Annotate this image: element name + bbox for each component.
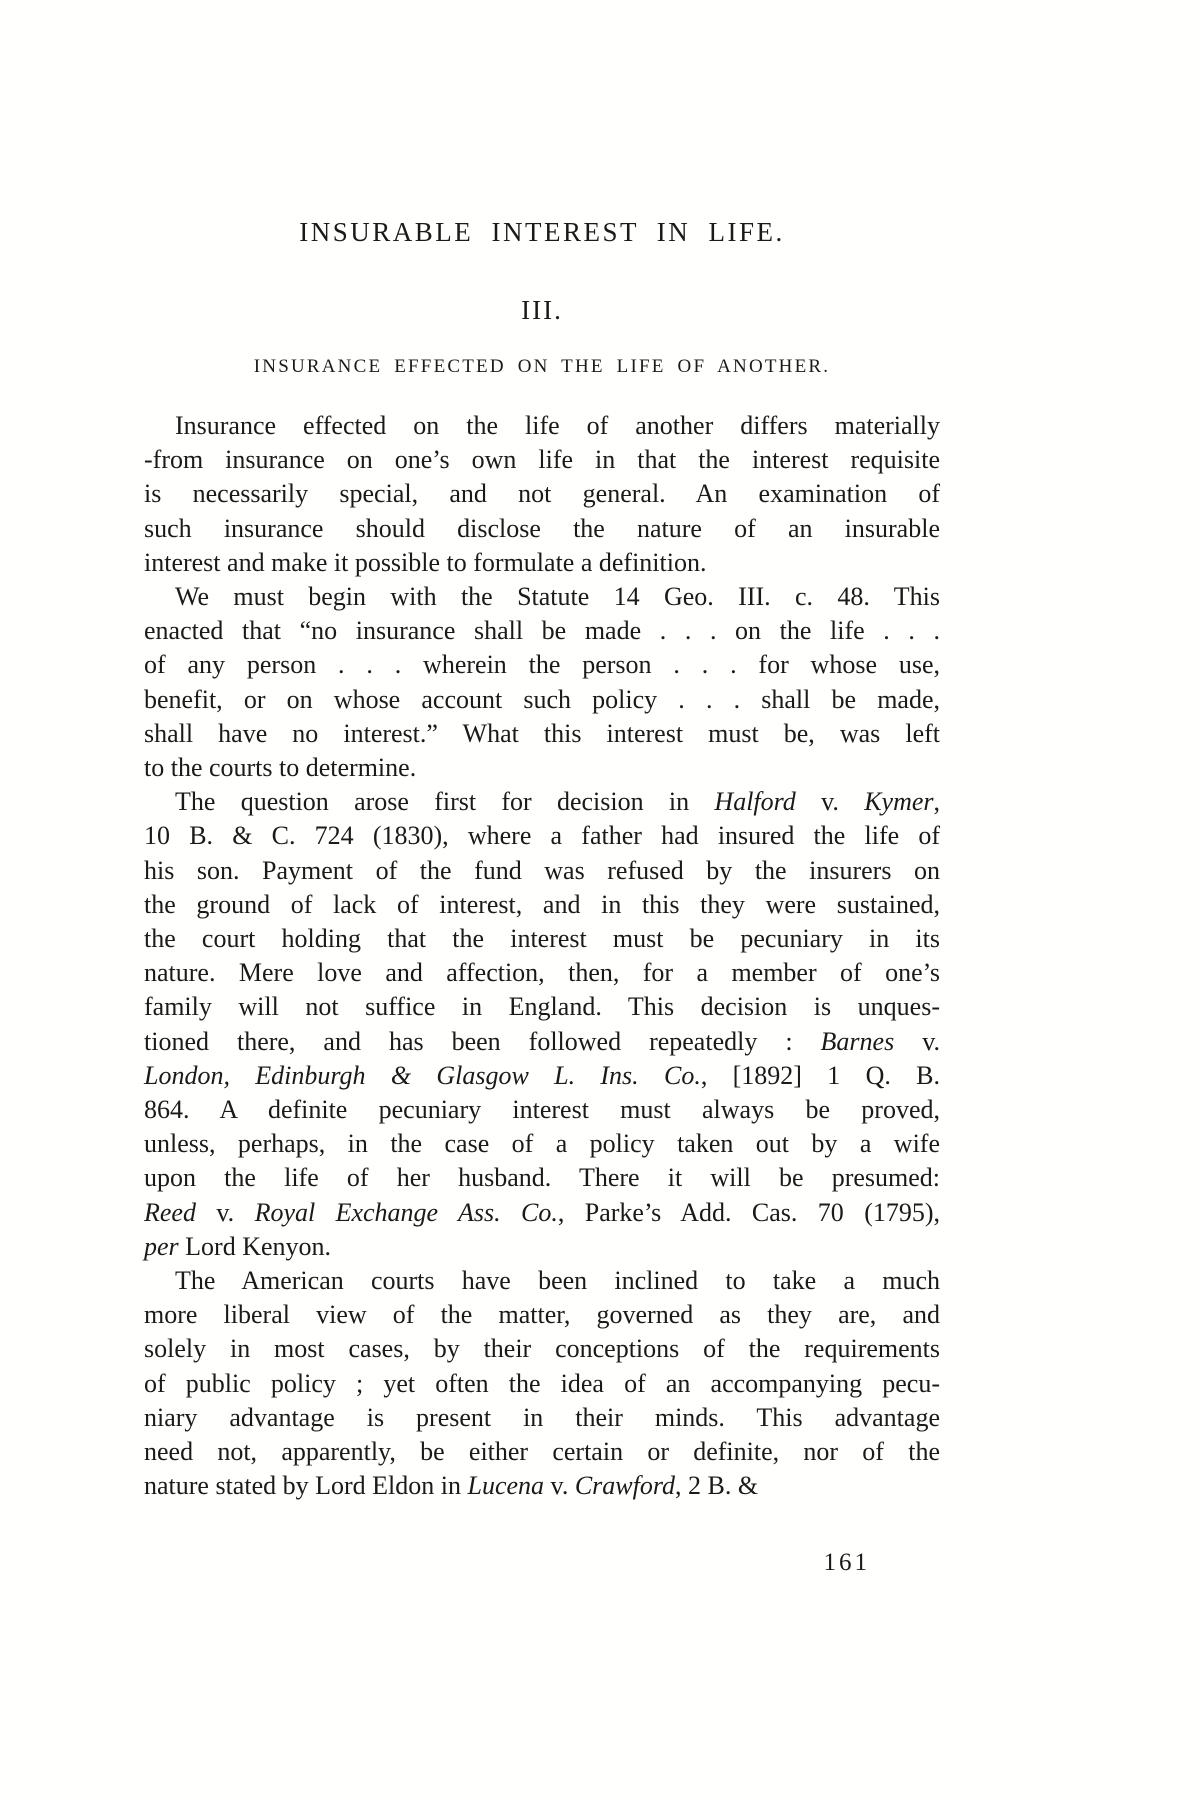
text-line: shall have no interest.” What this inter… bbox=[144, 717, 940, 751]
text-line: his son. Payment of the fund was refused… bbox=[144, 854, 940, 888]
text-line: nature. Mere love and affection, then, f… bbox=[144, 956, 940, 990]
section-number: III. bbox=[144, 293, 940, 327]
text-line: solely in most cases, by their conceptio… bbox=[144, 1332, 940, 1366]
text-line: upon the life of her husband. There it w… bbox=[144, 1161, 940, 1195]
text-line: nature stated by Lord Eldon in Lucena v.… bbox=[144, 1469, 940, 1503]
text-line: benefit, or on whose account such policy… bbox=[144, 683, 940, 717]
text-line: per Lord Kenyon. bbox=[144, 1230, 940, 1264]
text-line: need not, apparently, be either certain … bbox=[144, 1435, 940, 1469]
text-line: We must begin with the Statute 14 Geo. I… bbox=[144, 580, 940, 614]
text-line: enacted that “no insurance shall be made… bbox=[144, 614, 940, 648]
page-number: 161 bbox=[144, 1548, 940, 1578]
text-line: London, Edinburgh & Glasgow L. Ins. Co.,… bbox=[144, 1059, 940, 1093]
text-line: to the courts to determine. bbox=[144, 751, 940, 785]
text-line: -from insurance on one’s own life in tha… bbox=[144, 443, 940, 477]
page-content: INSURABLE INTEREST IN LIFE. III. INSURAN… bbox=[144, 0, 940, 1578]
section-heading: INSURANCE EFFECTED ON THE LIFE OF ANOTHE… bbox=[144, 355, 940, 379]
article-title: INSURABLE INTEREST IN LIFE. bbox=[144, 214, 940, 250]
text-line: unless, perhaps, in the case of a policy… bbox=[144, 1127, 940, 1161]
text-line: of public policy ; yet often the idea of… bbox=[144, 1367, 940, 1401]
text-line: of any person . . . wherein the person .… bbox=[144, 648, 940, 682]
scanned-page: INSURABLE INTEREST IN LIFE. III. INSURAN… bbox=[0, 0, 1200, 1800]
text-line: The question arose first for decision in… bbox=[144, 785, 940, 819]
text-line: the ground of lack of interest, and in t… bbox=[144, 888, 940, 922]
text-line: interest and make it possible to formula… bbox=[144, 546, 940, 580]
text-line: 864. A definite pecuniary interest must … bbox=[144, 1093, 940, 1127]
text-line: family will not suffice in England. This… bbox=[144, 990, 940, 1024]
text-line: the court holding that the interest must… bbox=[144, 922, 940, 956]
text-line: 10 B. & C. 724 (1830), where a father ha… bbox=[144, 819, 940, 853]
text-line: niary advantage is present in their mind… bbox=[144, 1401, 940, 1435]
text-line: such insurance should disclose the natur… bbox=[144, 512, 940, 546]
text-line: The American courts have been inclined t… bbox=[144, 1264, 940, 1298]
text-line: is necessarily special, and not general.… bbox=[144, 477, 940, 511]
text-line: tioned there, and has been followed repe… bbox=[144, 1025, 940, 1059]
text-line: Reed v. Royal Exchange Ass. Co., Parke’s… bbox=[144, 1196, 940, 1230]
text-line: more liberal view of the matter, governe… bbox=[144, 1298, 940, 1332]
article-body: Insurance effected on the life of anothe… bbox=[144, 409, 940, 1504]
text-line: Insurance effected on the life of anothe… bbox=[144, 409, 940, 443]
